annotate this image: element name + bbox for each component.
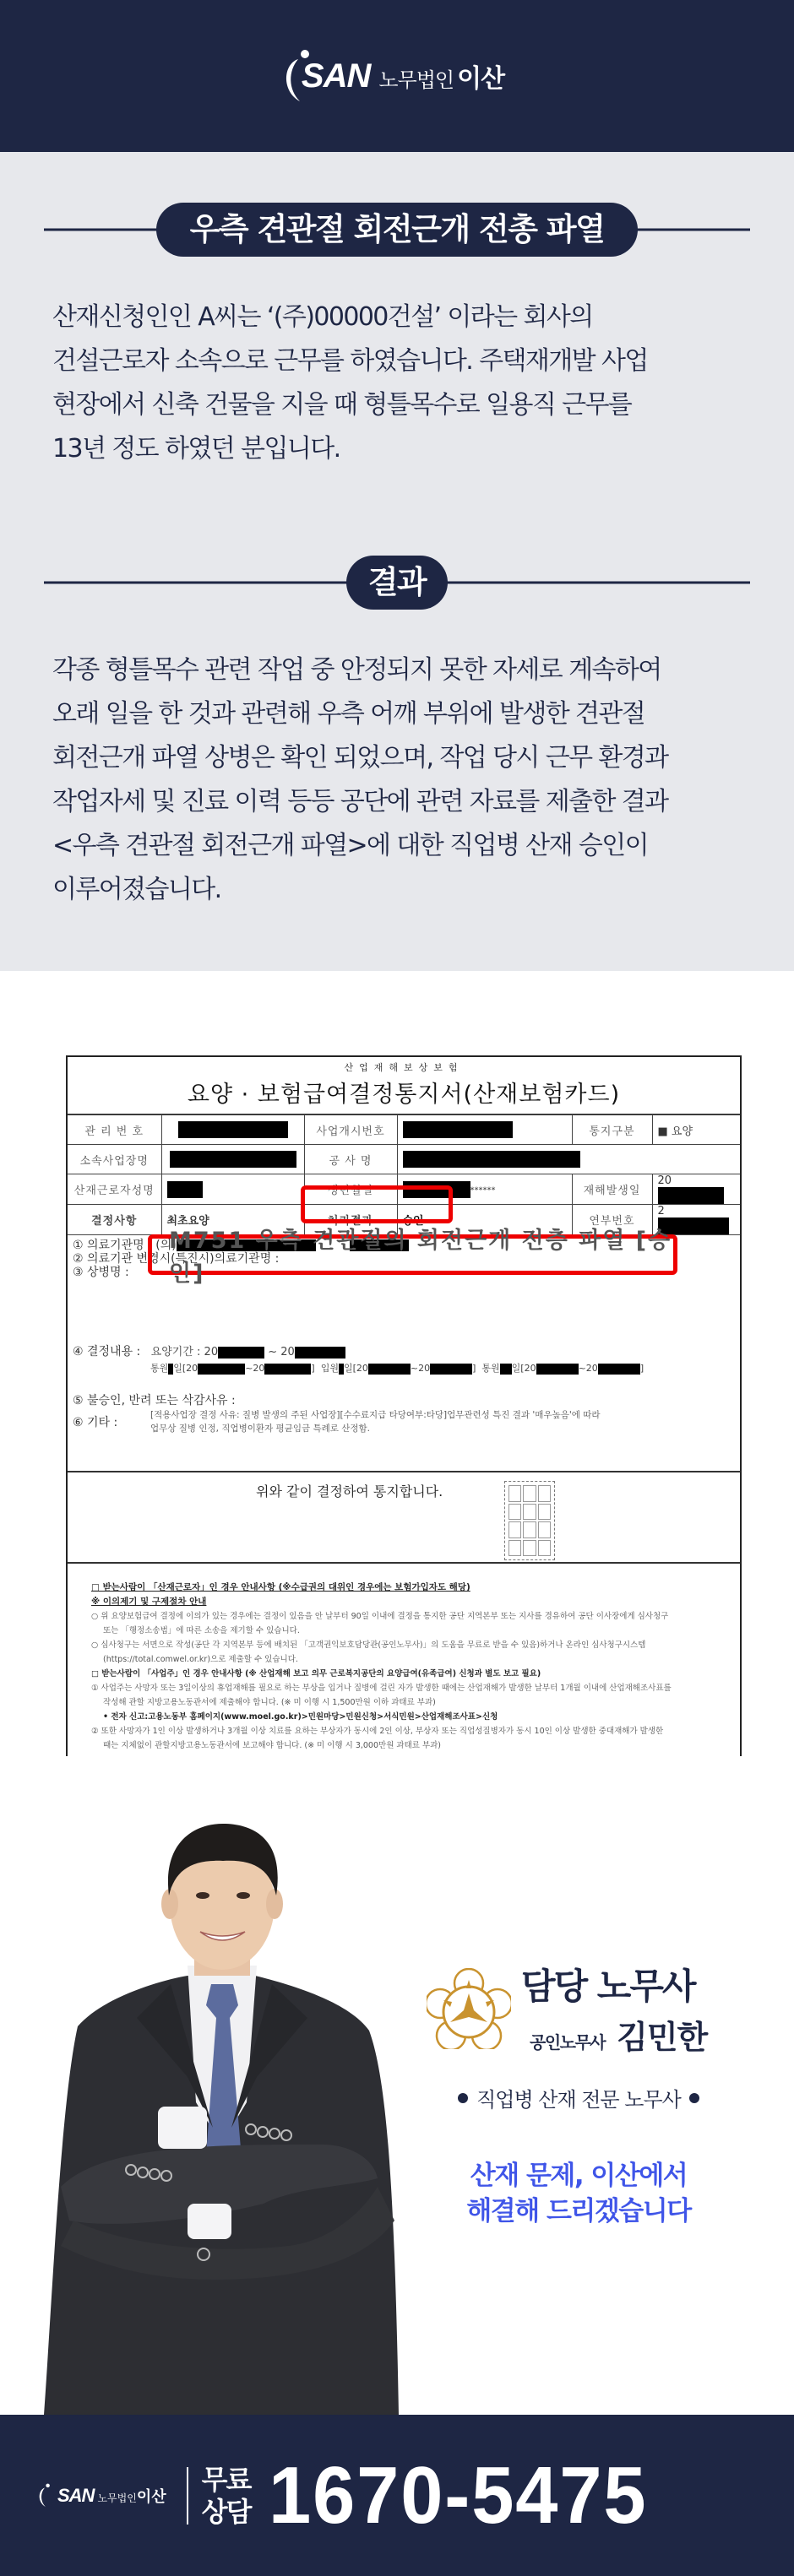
labor-attorney-emblem-icon bbox=[427, 1968, 511, 2049]
diagnosis-value: M751 우측 견관절의 회전근개 전층 파열 [승인] bbox=[169, 1222, 673, 1288]
slogan: 산재 문제, 이산에서 해결해 드리겠습니다 bbox=[427, 2158, 731, 2229]
guide-line: ※ 이의제기 및 구제절차 안내 bbox=[91, 1595, 723, 1609]
specialty-text: 직업병 산재 전문 노무사 bbox=[476, 2083, 681, 2112]
logo-prefix: 노무법인 bbox=[378, 68, 454, 92]
attorney-name-row: 공인노무사 김민한 bbox=[530, 2011, 707, 2058]
document-title: 요양 · 보험급여결정통지서(산재보험카드) bbox=[68, 1074, 740, 1114]
rejection-row: ⑤ 불승인, 반려 또는 삭감사유 : bbox=[73, 1391, 740, 1408]
footer-logo-latin: SAN bbox=[52, 2485, 94, 2507]
guide-line: 때는 지체없이 관할지방고용노동관서에 보고해야 합니다. (※ 미 이행 시 … bbox=[91, 1738, 723, 1753]
label-accident-date: 재해발생일 bbox=[572, 1174, 652, 1205]
attorney-card: 담당 노무사 공인노무사 김민한 직업병 산재 전문 노무사 산재 문제, 이산… bbox=[427, 1959, 764, 2229]
label-project: 공 사 명 bbox=[304, 1145, 397, 1174]
redacted-block bbox=[368, 1364, 411, 1375]
redacted-block bbox=[658, 1187, 724, 1204]
treatment-days-row: 통원일[20~20] 입원일[20~20] 통원일[20~20] bbox=[73, 1361, 740, 1381]
value-notice-type: ■ 요양 bbox=[652, 1115, 740, 1145]
footer-logo-prefix: 노무법인 bbox=[97, 2492, 136, 2504]
redacted-block bbox=[198, 1364, 245, 1375]
logo-name: 이산 bbox=[457, 64, 504, 94]
redacted-block bbox=[403, 1121, 513, 1138]
bullet-dot-icon bbox=[458, 2093, 468, 2103]
result-heading: 결과 bbox=[44, 556, 750, 610]
guide-line: • 전자 신고:고용노동부 홈페이지(www.moel.go.kr)>민원마당>… bbox=[91, 1710, 723, 1724]
redacted-block bbox=[500, 1364, 512, 1375]
other-line-1: [적용사업장 결정 사유: 질병 발생의 주된 사업장][수수료지급 타당여부:… bbox=[150, 1408, 601, 1422]
period-sep: ~ 20 bbox=[268, 1346, 295, 1359]
birth-mask: ****** bbox=[470, 1185, 496, 1195]
accident-date-prefix: 20 bbox=[658, 1174, 672, 1187]
guide-line: 작성해 관할 지방고용노동관서에 제출해야 합니다. (※ 미 이행 시 1,5… bbox=[91, 1695, 723, 1710]
day-unit: 일[20 bbox=[173, 1363, 198, 1374]
footer-logo[interactable]: SAN 노무법인이산 bbox=[37, 2481, 166, 2511]
range-sep: ~20 bbox=[411, 1363, 430, 1374]
free-consult-label: 무료 상담 bbox=[202, 2464, 251, 2528]
other-content: [적용사업장 결정 사유: 질병 발생의 주된 사업장][수수료지급 타당여부:… bbox=[150, 1408, 601, 1435]
notice-text: 위와 같이 결정하여 통지합니다. bbox=[256, 1481, 443, 1500]
footer-divider bbox=[187, 2467, 188, 2524]
redacted-block bbox=[295, 1347, 345, 1359]
label-management-no: 관 리 번 호 bbox=[68, 1115, 161, 1145]
guide-line: □ 받는사람이 「사업주」인 경우 안내사항 (※ 산업재해 보고 의무 근로복… bbox=[91, 1667, 723, 1681]
attorney-titles: 담당 노무사 공인노무사 김민한 bbox=[521, 1959, 707, 2058]
result-title: 결과 bbox=[346, 556, 448, 610]
result-description: 각종 형틀목수 관련 작업 중 안정되지 못한 자세로 계속하여 오래 일을 한… bbox=[52, 648, 742, 912]
range-sep: ~20 bbox=[245, 1363, 264, 1374]
logo-swoosh-icon bbox=[281, 47, 315, 106]
label-worker: 산재근로자성명 bbox=[68, 1174, 161, 1205]
redacted-block bbox=[218, 1347, 264, 1359]
redacted-block bbox=[403, 1151, 580, 1168]
bullet-dot-icon bbox=[689, 2093, 699, 2103]
serial-prefix: 2 bbox=[658, 1205, 665, 1217]
other-line-2: 업무상 질병 인정, 직업병이환자 평균임금 특례로 산정함. bbox=[150, 1422, 601, 1435]
footer-logo-name: 이산 bbox=[137, 2488, 166, 2506]
brand-logo[interactable]: SAN 노무법인이산 bbox=[290, 57, 504, 95]
redacted-block bbox=[264, 1364, 311, 1375]
approval-document: 산업재해보상보험 요양 · 보험급여결정통지서(산재보험카드) 관 리 번 호 … bbox=[66, 1055, 742, 1756]
attorney-card-title: 담당 노무사 bbox=[521, 1959, 707, 2009]
redacted-block bbox=[430, 1364, 472, 1375]
case-heading: 우측 견관절 회전근개 전총 파열 bbox=[44, 203, 750, 257]
document-subtitle: 산업재해보상보험 bbox=[68, 1057, 740, 1074]
approval-document-section: 산업재해보상보험 요양 · 보험급여결정통지서(산재보험카드) 관 리 번 호 … bbox=[0, 971, 794, 1824]
logo-mark: SAN bbox=[290, 57, 370, 95]
redacted-block bbox=[170, 1151, 296, 1168]
day-unit: 일[20 bbox=[512, 1363, 536, 1374]
case-title: 우측 견관절 회전근개 전총 파열 bbox=[156, 203, 639, 257]
guide-line: (https://total.comwel.or.kr)으로 제출할 수 있습니… bbox=[91, 1652, 723, 1667]
page-header: SAN 노무법인이산 bbox=[0, 0, 794, 152]
contact-footer: SAN 노무법인이산 무료 상담 1670-5475 bbox=[0, 2415, 794, 2576]
label-notice-type: 통지구분 bbox=[572, 1115, 652, 1145]
hospital-label: ① 의료기관명 : bbox=[73, 1239, 152, 1252]
label-business-start-no: 사업개시번호 bbox=[304, 1115, 397, 1145]
day-unit: 일[20 bbox=[344, 1363, 368, 1374]
phone-number[interactable]: 1670-5475 bbox=[269, 2449, 647, 2542]
case-description: 산재신청인인 A씨는 ‘(주)00000건설’ 이라는 회사의 건설근로자 소속… bbox=[52, 296, 742, 471]
logo-firm-name: 노무법인이산 bbox=[378, 57, 504, 95]
logo-swoosh-icon bbox=[37, 2481, 52, 2511]
attorney-profile: 담당 노무사 공인노무사 김민한 직업병 산재 전문 노무사 산재 문제, 이산… bbox=[0, 1824, 794, 2415]
result-highlight-box bbox=[301, 1185, 453, 1223]
diagnosis-highlight-box: M751 우측 견관절의 회전근개 전층 파열 [승인] bbox=[148, 1234, 677, 1275]
official-seal-icon bbox=[504, 1481, 555, 1560]
notice-box: 위와 같이 결정하여 통지합니다. bbox=[68, 1471, 740, 1564]
person-photo bbox=[44, 1824, 399, 2415]
case-section: 우측 견관절 회전근개 전총 파열 산재신청인인 A씨는 ‘(주)00000건설… bbox=[0, 152, 794, 971]
range-sep: ~20 bbox=[579, 1363, 598, 1374]
decision-content: ④ 결정내용 : 요양기간 : 20 ~ 20 통원일[20~20] 입원일[2… bbox=[73, 1342, 740, 1435]
redacted-block bbox=[167, 1181, 203, 1198]
decision-content-label: ④ 결정내용 : bbox=[73, 1345, 140, 1359]
label-workplace: 소속사업장명 bbox=[68, 1145, 161, 1174]
table-row: 관 리 번 호 사업개시번호 통지구분 ■ 요양 bbox=[68, 1115, 740, 1145]
guide-line: ○ 심사청구는 서면으로 작성(공단 각 지역본부 등에 배치된 「고객권익보호… bbox=[91, 1638, 723, 1652]
decision-period-row: ④ 결정내용 : 요양기간 : 20 ~ 20 bbox=[73, 1342, 740, 1361]
guide-line: ① 사업주는 사망자 또는 3일이상의 휴업재해를 필요로 하는 부상을 입거나… bbox=[91, 1681, 723, 1695]
footer-logo-firm: 노무법인이산 bbox=[97, 2485, 166, 2507]
outpatient-label: 통원 bbox=[481, 1363, 499, 1374]
guide-line: ○ 위 요양보험급여 결정에 이의가 있는 경우에는 결정이 있음을 안 날부터… bbox=[91, 1609, 723, 1624]
attorney-name: 김민한 bbox=[617, 2011, 707, 2058]
guide-line: □ 받는사람이 「산재근로자」인 경우 안내사항 (※수급권의 대위인 경우에는… bbox=[91, 1581, 723, 1595]
other-row: ⑥ 기타 : [적용사업장 결정 사유: 질병 발생의 주된 사업장][수수료지… bbox=[73, 1408, 740, 1435]
label-decision: 결정사항 bbox=[68, 1205, 161, 1235]
attorney-specialty: 직업병 산재 전문 노무사 bbox=[427, 2083, 731, 2112]
attorney-card-header: 담당 노무사 공인노무사 김민한 bbox=[427, 1959, 764, 2058]
outpatient-label: 통원 bbox=[150, 1363, 168, 1374]
redacted-block bbox=[536, 1364, 579, 1375]
guide-line: 또는 「행정소송법」에 따른 소송을 제기할 수 있습니다. bbox=[91, 1624, 723, 1638]
guide-line: ② 또한 사망자가 1인 이상 발생하거나 3개월 이상 치료를 요하는 부상자… bbox=[91, 1724, 723, 1738]
other-label: ⑥ 기타 : bbox=[73, 1413, 150, 1430]
redacted-block bbox=[178, 1121, 288, 1138]
guide-notes: □ 받는사람이 「산재근로자」인 경우 안내사항 (※수급권의 대위인 경우에는… bbox=[68, 1572, 740, 1753]
period-start: 요양기간 : 20 bbox=[151, 1346, 218, 1359]
table-row: 소속사업장명 공 사 명 bbox=[68, 1145, 740, 1174]
inpatient-label: 입원 bbox=[321, 1363, 339, 1374]
redacted-block bbox=[598, 1364, 640, 1375]
attorney-role: 공인노무사 bbox=[530, 2029, 605, 2053]
